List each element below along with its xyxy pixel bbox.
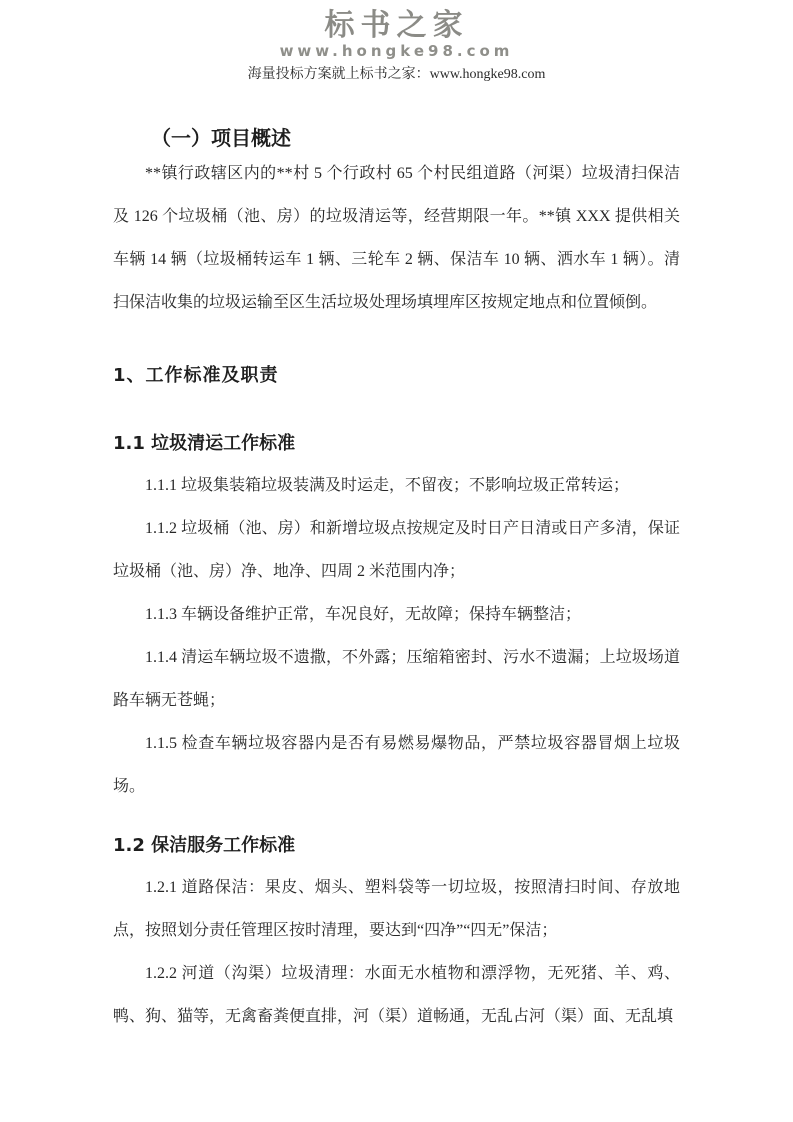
- clause-1-2-1: 1.2.1 道路保洁：果皮、烟头、塑料袋等一切垃圾，按照清扫时间、存放地点，按照…: [113, 866, 680, 952]
- clause-1-1-2: 1.1.2 垃圾桶（池、房）和新增垃圾点按规定及时日产日清或日产多清，保证垃圾桶…: [113, 507, 680, 593]
- clause-1-1-3: 1.1.3 车辆设备维护正常，车况良好，无故障；保持车辆整洁；: [113, 593, 680, 636]
- logo-url: www.hongke98.com: [113, 43, 680, 60]
- section-1-2-heading: 1.2 保洁服务工作标准: [113, 834, 680, 858]
- logo-text: 标书之家: [113, 10, 680, 42]
- doc-title: （一）项目概述: [113, 126, 680, 152]
- header-tagline: 海量投标方案就上标书之家：www.hongke98.com: [113, 66, 680, 84]
- intro-paragraph: **镇行政辖区内的**村 5 个行政村 65 个村民组道路（河渠）垃圾清扫保洁及…: [113, 152, 680, 324]
- clause-1-1-1: 1.1.1 垃圾集装箱垃圾装满及时运走，不留夜；不影响垃圾正常转运；: [113, 464, 680, 507]
- section-1-1-heading: 1.1 垃圾清运工作标准: [113, 432, 680, 456]
- section-1-heading: 1、工作标准及职责: [113, 364, 680, 388]
- site-header: 标书之家 www.hongke98.com 海量投标方案就上标书之家：www.h…: [113, 8, 680, 84]
- document-page: 标书之家 www.hongke98.com 海量投标方案就上标书之家：www.h…: [0, 0, 793, 1122]
- clause-1-2-2: 1.2.2 河道（沟渠）垃圾清理：水面无水植物和漂浮物，无死猪、羊、鸡、鸭、狗、…: [113, 952, 680, 1038]
- clause-1-1-4: 1.1.4 清运车辆垃圾不遗撒，不外露；压缩箱密封、污水不遗漏；上垃圾场道路车辆…: [113, 636, 680, 722]
- clause-1-1-5: 1.1.5 检查车辆垃圾容器内是否有易燃易爆物品，严禁垃圾容器冒烟上垃圾场。: [113, 722, 680, 808]
